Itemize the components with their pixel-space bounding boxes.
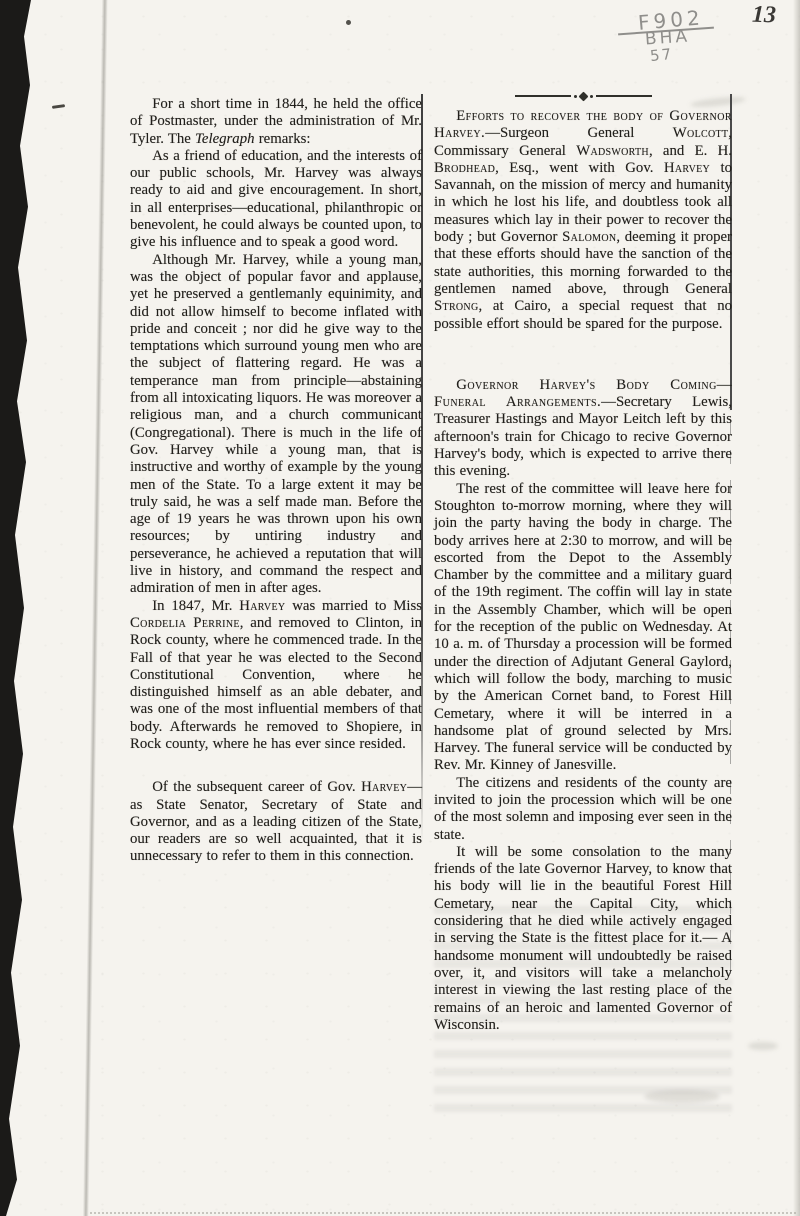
paragraph: Governor Harvey's Body Coming—Funeral Ar… — [434, 377, 732, 481]
section-divider-ornament — [444, 90, 722, 102]
divider-line — [515, 95, 571, 97]
smallcaps-name-run: Brodhead — [434, 160, 495, 176]
scanned-page: F902 BHA 57 13 For a short time in 1844,… — [0, 0, 800, 1216]
bleedthrough-smudge — [644, 1090, 720, 1103]
bleedthrough-smudge — [748, 1042, 778, 1050]
divider-dot — [590, 95, 593, 98]
paragraph: The citizens and residents of the county… — [434, 775, 732, 844]
text-run: In 1847, Mr. — [152, 598, 239, 614]
handwritten-page-number: 13 — [752, 2, 777, 30]
paper-fold-line — [83, 0, 108, 1216]
page-edge-shadow — [793, 0, 800, 1216]
divider-diamond-icon — [578, 91, 588, 101]
smallcaps-name-run: Wolcott — [673, 125, 729, 141]
text-run: remarks: — [255, 131, 311, 147]
smallcaps-name-run: Salomon — [562, 229, 616, 245]
text-run: , and removed to Clinton, in Rock county… — [130, 615, 422, 752]
right-column: Efforts to recover the body of Governor … — [434, 90, 732, 1034]
italic-run: Telegraph — [195, 131, 254, 147]
text-run: , at Cairo, a special request that no po… — [434, 298, 732, 331]
smallcaps-name-run: Harvey — [239, 598, 285, 614]
text-run: The citizens and residents of the county… — [434, 775, 732, 843]
text-run: It will be some consolation to the many … — [434, 844, 732, 1033]
smallcaps-name-run: Harvey — [361, 779, 407, 795]
text-run: , and E. H. — [649, 143, 732, 159]
paragraph: It will be some consolation to the many … — [434, 844, 732, 1034]
text-run: Of the subsequent career of Gov. — [152, 779, 361, 795]
paragraph: In 1847, Mr. Harvey was married to Miss … — [130, 598, 422, 754]
text-run: As a friend of education, and the intere… — [130, 148, 422, 250]
left-column: For a short time in 1844, he held the of… — [130, 96, 422, 866]
article-text: Governor Harvey's Body Coming—Funeral Ar… — [434, 377, 732, 1034]
smallcaps-name-run: Harvey — [664, 160, 710, 176]
article: Governor Harvey's Body Coming—Funeral Ar… — [434, 377, 732, 1034]
paragraph: Although Mr. Harvey, while a young man, … — [130, 252, 422, 598]
divider-line — [596, 95, 652, 97]
paragraph: Of the subsequent career of Gov. Harvey—… — [130, 779, 422, 865]
ink-dash-mark — [52, 104, 65, 109]
text-run: Although Mr. Harvey, while a young man, … — [130, 252, 422, 597]
text-run: The rest of the committee will leave her… — [434, 481, 732, 774]
paragraph: The rest of the committee will leave her… — [434, 481, 732, 775]
paragraph: As a friend of education, and the intere… — [130, 148, 422, 252]
handwritten-archival-code-line3: 57 — [649, 45, 674, 65]
smallcaps-name-run: Cordelia Perrine — [130, 615, 240, 631]
text-run: , Esq., went with Gov. — [495, 160, 664, 176]
left-column-text: For a short time in 1844, he held the of… — [130, 96, 422, 866]
article: Efforts to recover the body of Governor … — [434, 90, 732, 333]
text-run: —Surgeon General — [485, 125, 673, 141]
article-text: Efforts to recover the body of Governor … — [434, 108, 732, 333]
text-run: was married to Miss — [285, 598, 422, 614]
paragraph: For a short time in 1844, he held the of… — [130, 96, 422, 148]
smallcaps-name-run: Strong — [434, 298, 478, 314]
page-bottom-edge — [90, 1212, 796, 1214]
ink-speck — [346, 20, 351, 25]
paragraph: Efforts to recover the body of Governor … — [434, 108, 732, 333]
divider-dot — [574, 95, 577, 98]
smallcaps-name-run: Wadsworth — [576, 143, 649, 159]
torn-page-edge — [0, 0, 40, 1216]
